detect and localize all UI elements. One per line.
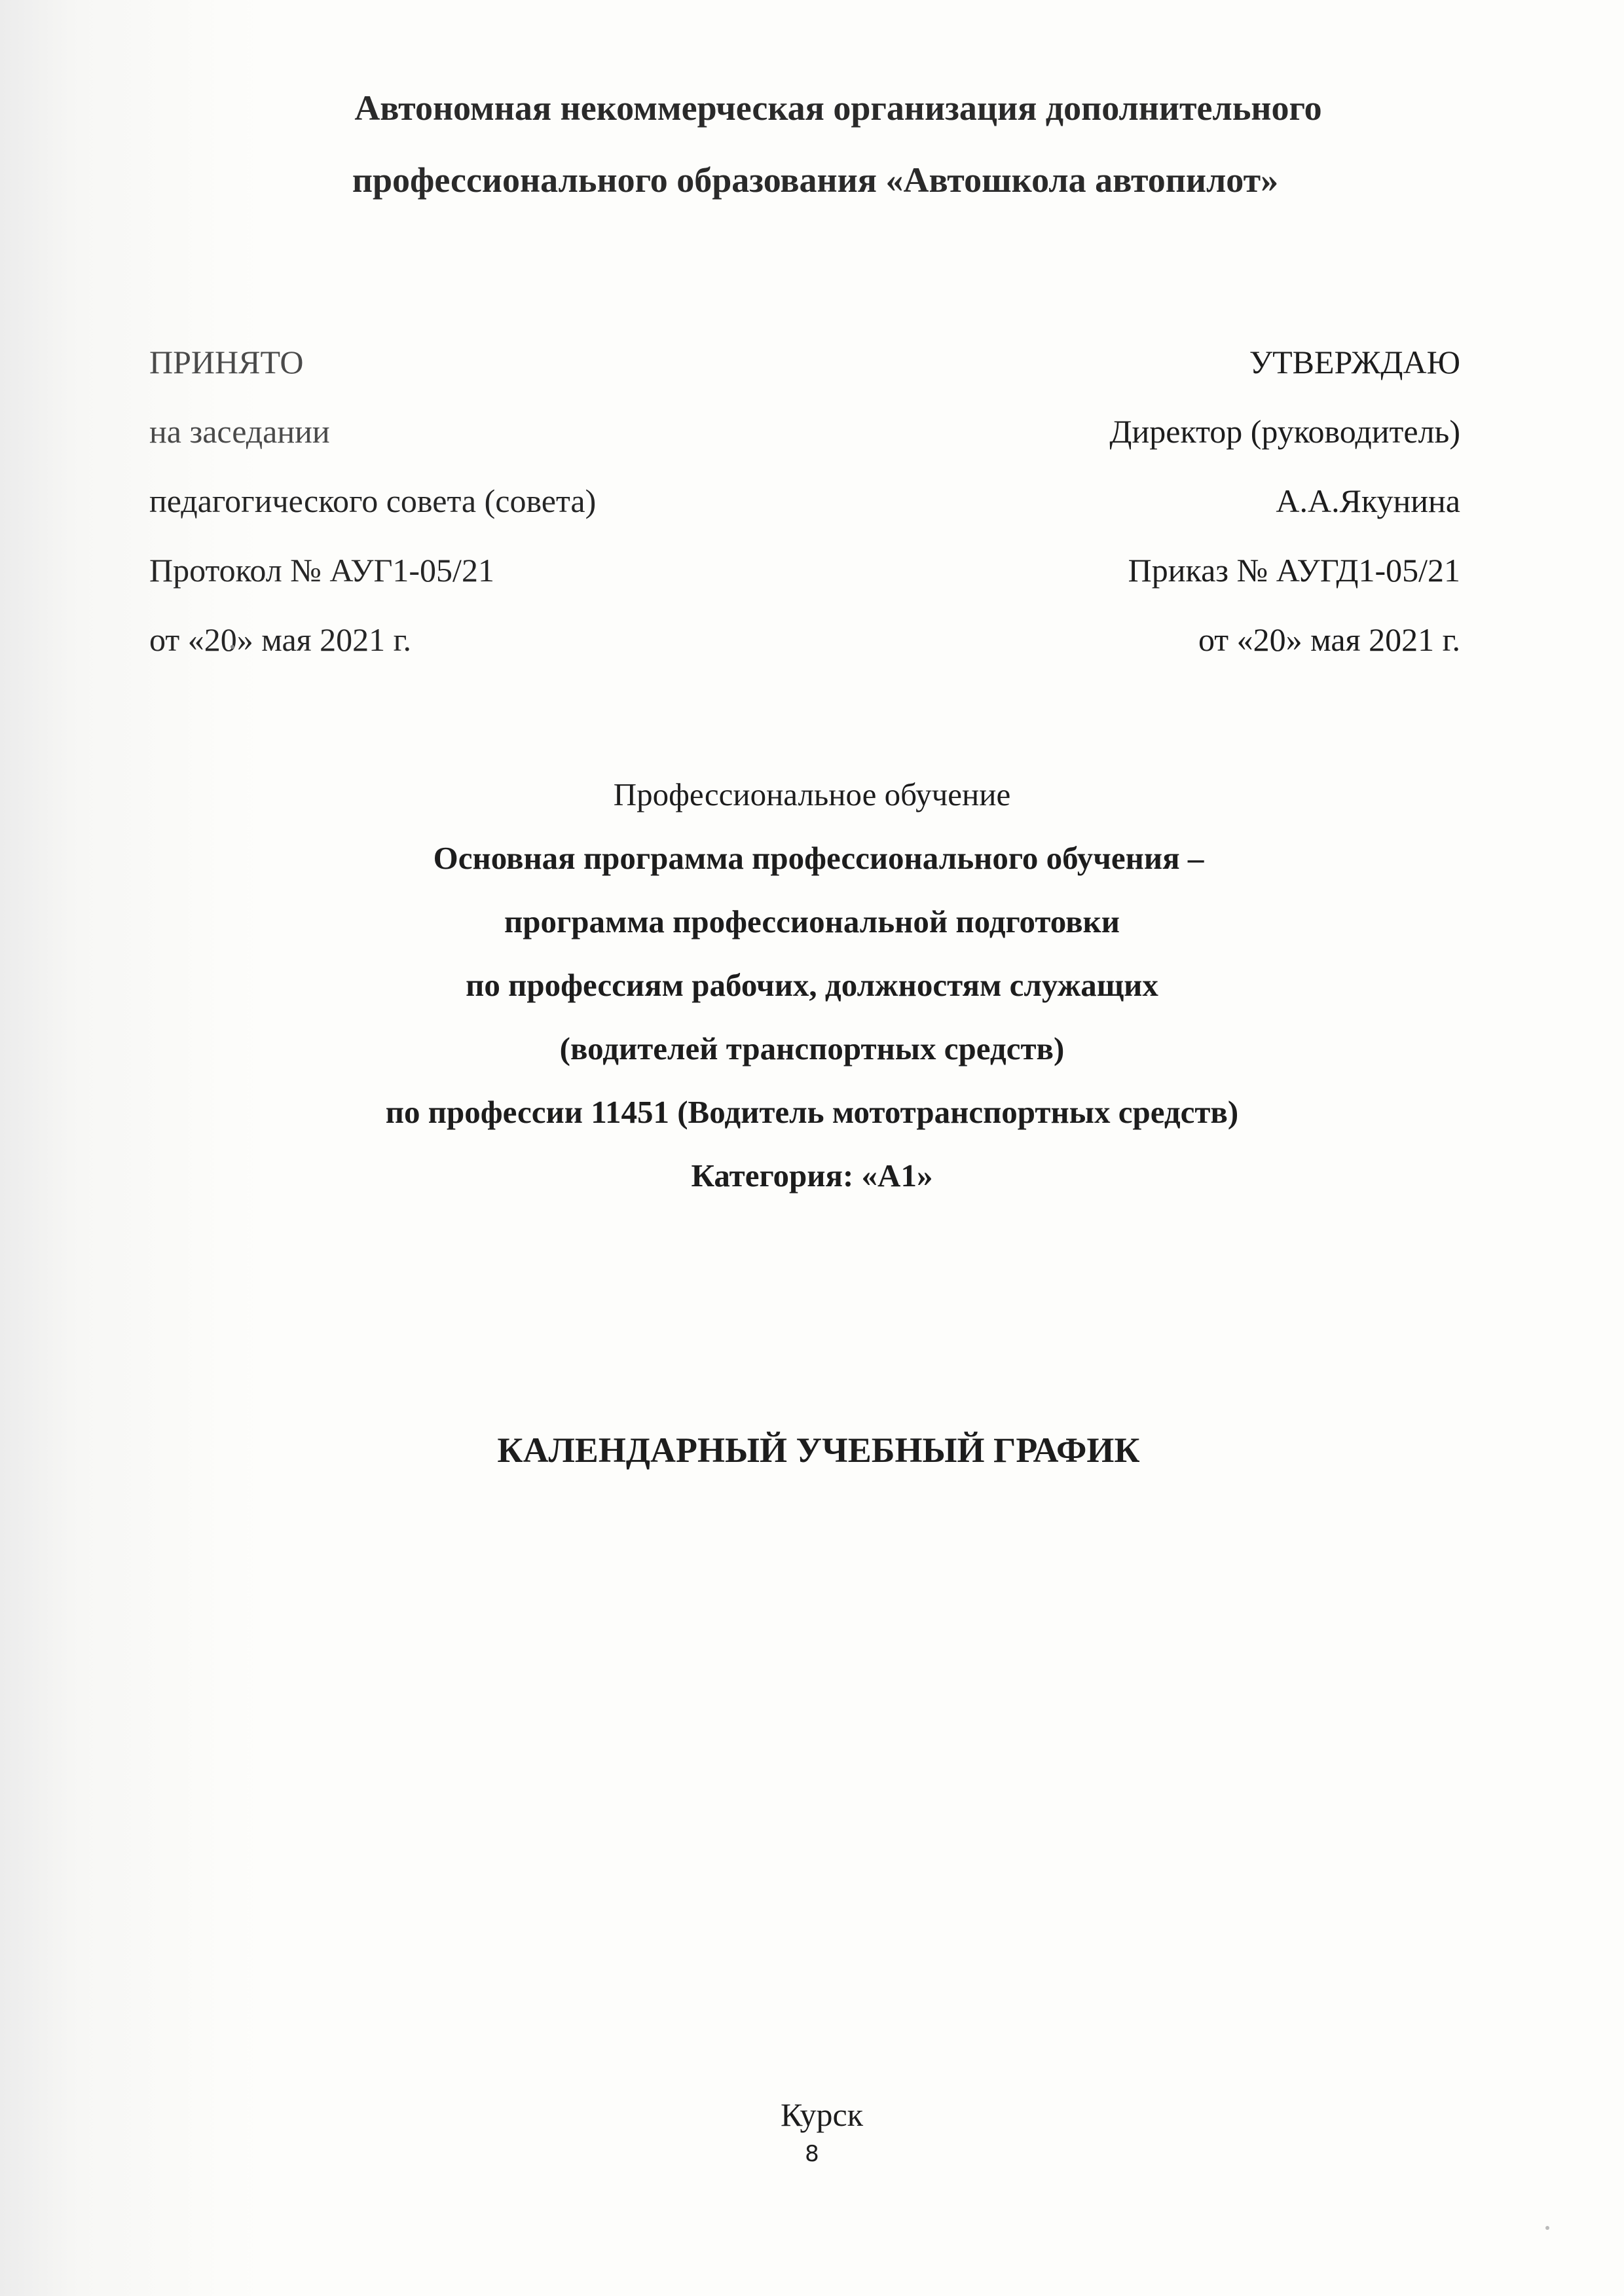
accepted-block: ПРИНЯТО на заседании педагогического сов…: [149, 327, 596, 674]
program-line-4: (водителей транспортных средств): [0, 1017, 1624, 1080]
approval-order-number: Приказ № АУГД1-05/21: [1109, 536, 1460, 605]
program-type: Профессиональное обучение: [0, 763, 1624, 826]
accepted-date: от «20» мая 2021 г.: [149, 605, 596, 674]
program-line-1: Основная программа профессионального обу…: [0, 826, 1624, 890]
document-title: КАЛЕНДАРНЫЙ УЧЕБНЫЙ ГРАФИК: [0, 1424, 1624, 1476]
approved-title: УТВЕРЖДАЮ: [1109, 327, 1460, 397]
approved-block: УТВЕРЖДАЮ Директор (руководитель) А.А.Як…: [1109, 327, 1460, 674]
document-page: Автономная некоммерческая организация до…: [0, 0, 1624, 2296]
scan-speck: [231, 645, 234, 649]
organization-header: Автономная некоммерческая организация до…: [0, 72, 1624, 216]
scan-speck: [1545, 2226, 1549, 2230]
program-line-3: по профессиям рабочих, должностям служащ…: [0, 953, 1624, 1017]
organization-name-line-1: Автономная некоммерческая организация до…: [0, 72, 1624, 144]
city-name: Курск: [0, 2092, 1624, 2138]
program-line-5: по профессии 11451 (Водитель мототранспо…: [0, 1080, 1624, 1144]
program-description: Профессиональное обучение Основная прогр…: [0, 763, 1624, 1207]
accepted-council-line: педагогического совета (совета): [149, 466, 596, 536]
accepted-protocol-number: Протокол № АУГ1-05/21: [149, 536, 596, 605]
organization-name-line-2: профессионального образования «Автошкола…: [0, 144, 1624, 216]
program-category: Категория: «А1»: [0, 1144, 1624, 1207]
approval-date: от «20» мая 2021 г.: [1109, 605, 1460, 674]
accepted-title: ПРИНЯТО: [149, 327, 596, 397]
approver-position: Директор (руководитель): [1109, 397, 1460, 466]
accepted-meeting-line: на заседании: [149, 397, 596, 466]
approver-name: А.А.Якунина: [1109, 466, 1460, 536]
program-line-2: программа профессиональной подготовки: [0, 890, 1624, 953]
page-number: 8: [0, 2138, 1624, 2170]
